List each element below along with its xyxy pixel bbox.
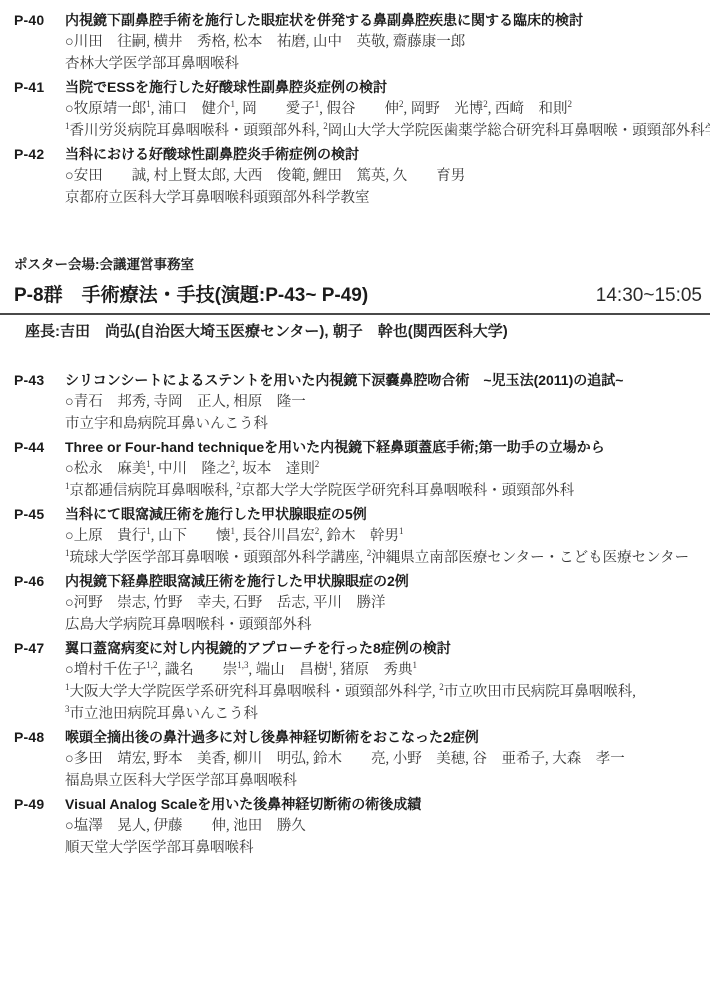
paper-affiliation: 福島県立医科大学医学部耳鼻咽喉科 xyxy=(65,770,704,792)
paper-number: P-42 xyxy=(14,143,65,209)
paper-title: 内視鏡下経鼻腔眼窩減圧術を施行した甲状腺眼症の2例 xyxy=(65,570,704,592)
paper-entry-p49: P-49 Visual Analog Scaleを用いた後鼻神経切断術の術後成績… xyxy=(14,793,704,859)
paper-authors: ○川田 往嗣, 横井 秀格, 松本 祐磨, 山中 英敬, 齋藤康一郎 xyxy=(65,31,704,53)
paper-affiliation: 1香川労災病院耳鼻咽喉科・頭頸部外科, 2岡山大学大学院医歯薬学総合研究科耳鼻咽… xyxy=(65,120,704,142)
paper-title: 翼口蓋窩病変に対し内視鏡的アプローチを行った8症例の検討 xyxy=(65,637,704,659)
paper-title: 内視鏡下副鼻腔手術を施行した眼症状を併発する鼻副鼻腔疾患に関する臨床的検討 xyxy=(65,9,704,31)
paper-number: P-49 xyxy=(14,793,65,859)
paper-authors: ○松永 麻美1, 中川 隆之2, 坂本 達則2 xyxy=(65,458,704,480)
paper-number: P-41 xyxy=(14,76,65,142)
paper-affiliation: 広島大学病院耳鼻咽喉科・頭頸部外科 xyxy=(65,614,704,636)
paper-number: P-43 xyxy=(14,369,65,435)
paper-entry-p47: P-47 翼口蓋窩病変に対し内視鏡的アプローチを行った8症例の検討 ○増村千佐子… xyxy=(14,637,704,725)
paper-title: 当科にて眼窩減圧術を施行した甲状腺眼症の5例 xyxy=(65,503,704,525)
paper-title: Three or Four-hand techniqueを用いた内視鏡下経鼻頭蓋… xyxy=(65,436,704,458)
paper-entry-p48: P-48 喉頭全摘出後の鼻汁過多に対し後鼻神経切断術をおこなった2症例 ○多田 … xyxy=(14,726,704,792)
session-group-title: P-8群 手術療法・手技(演題:P-43~ P-49) xyxy=(14,284,368,308)
paper-entry-p44: P-44 Three or Four-hand techniqueを用いた内視鏡… xyxy=(14,436,704,502)
session-chairs: 座長:吉田 尚弘(自治医大埼玉医療センター), 朝子 幹也(関西医科大学) xyxy=(14,322,704,342)
paper-affiliation: 市立宇和島病院耳鼻いんこう科 xyxy=(65,413,704,435)
paper-affiliation: 1京都逓信病院耳鼻咽喉科, 2京都大学大学院医学研究科耳鼻咽喉科・頭頸部外科 xyxy=(65,480,704,502)
paper-authors: ○塩澤 晃人, 伊藤 伸, 池田 勝久 xyxy=(65,815,704,837)
paper-authors: ○増村千佐子1,2, 識名 崇1,3, 端山 昌樹1, 猪原 秀典1 xyxy=(65,659,704,681)
paper-authors: ○河野 崇志, 竹野 幸夫, 石野 岳志, 平川 勝洋 xyxy=(65,592,704,614)
divider-rule xyxy=(0,313,710,315)
paper-number: P-44 xyxy=(14,436,65,502)
paper-affiliation: 1琉球大学医学部耳鼻咽喉・頭頸部外科学講座, 2沖縄県立南部医療センター・こども… xyxy=(65,547,704,569)
paper-authors: ○牧原靖一郎1, 浦口 健介1, 岡 愛子1, 假谷 伸2, 岡野 光博2, 西… xyxy=(65,98,704,120)
program-page: P-40 内視鏡下副鼻腔手術を施行した眼症状を併発する鼻副鼻腔疾患に関する臨床的… xyxy=(0,0,710,1000)
paper-title: 当科における好酸球性副鼻腔炎手術症例の検討 xyxy=(65,143,704,165)
poster-venue: ポスター会場:会議運営事務室 xyxy=(14,256,704,274)
paper-affiliation: 順天堂大学医学部耳鼻咽喉科 xyxy=(65,837,704,859)
session-group-row: P-8群 手術療法・手技(演題:P-43~ P-49) 14:30~15:05 xyxy=(14,284,704,308)
session-header: ポスター会場:会議運営事務室 P-8群 手術療法・手技(演題:P-43~ P-4… xyxy=(14,256,704,342)
paper-title: 当院でESSを施行した好酸球性副鼻腔炎症例の検討 xyxy=(65,76,704,98)
paper-entry-p41: P-41 当院でESSを施行した好酸球性副鼻腔炎症例の検討 ○牧原靖一郎1, 浦… xyxy=(14,76,704,142)
paper-authors: ○多田 靖宏, 野本 美香, 柳川 明弘, 鈴木 亮, 小野 美穂, 谷 亜希子… xyxy=(65,748,704,770)
paper-entry-p42: P-42 当科における好酸球性副鼻腔炎手術症例の検討 ○安田 誠, 村上賢太郎,… xyxy=(14,143,704,209)
paper-number: P-47 xyxy=(14,637,65,725)
paper-title: Visual Analog Scaleを用いた後鼻神経切断術の術後成績 xyxy=(65,793,704,815)
paper-entry-p40: P-40 内視鏡下副鼻腔手術を施行した眼症状を併発する鼻副鼻腔疾患に関する臨床的… xyxy=(14,9,704,75)
session-time: 14:30~15:05 xyxy=(596,284,704,308)
paper-entry-p45: P-45 当科にて眼窩減圧術を施行した甲状腺眼症の5例 ○上原 貴行1, 山下 … xyxy=(14,503,704,569)
paper-affiliation: 京都府立医科大学耳鼻咽喉科頭頸部外科学教室 xyxy=(65,187,704,209)
paper-authors: ○安田 誠, 村上賢太郎, 大西 俊範, 鯉田 篤英, 久 育男 xyxy=(65,165,704,187)
paper-authors: ○上原 貴行1, 山下 懐1, 長谷川昌宏2, 鈴木 幹男1 xyxy=(65,525,704,547)
paper-number: P-48 xyxy=(14,726,65,792)
paper-number: P-46 xyxy=(14,570,65,636)
paper-affiliation: 1大阪大学大学院医学系研究科耳鼻咽喉科・頭頸部外科学, 2市立吹田市民病院耳鼻咽… xyxy=(65,681,704,703)
paper-number: P-40 xyxy=(14,9,65,75)
paper-number: P-45 xyxy=(14,503,65,569)
paper-affiliation: 杏林大学医学部耳鼻咽喉科 xyxy=(65,53,704,75)
paper-authors: ○青石 邦秀, 寺岡 正人, 相原 隆一 xyxy=(65,391,704,413)
paper-title: 喉頭全摘出後の鼻汁過多に対し後鼻神経切断術をおこなった2症例 xyxy=(65,726,704,748)
paper-entry-p46: P-46 内視鏡下経鼻腔眼窩減圧術を施行した甲状腺眼症の2例 ○河野 崇志, 竹… xyxy=(14,570,704,636)
paper-title: シリコンシートによるステントを用いた内視鏡下涙嚢鼻腔吻合術 ~児玉法(2011)… xyxy=(65,369,704,391)
paper-affiliation-line2: 3市立池田病院耳鼻いんこう科 xyxy=(65,703,704,725)
paper-entry-p43: P-43 シリコンシートによるステントを用いた内視鏡下涙嚢鼻腔吻合術 ~児玉法(… xyxy=(14,369,704,435)
